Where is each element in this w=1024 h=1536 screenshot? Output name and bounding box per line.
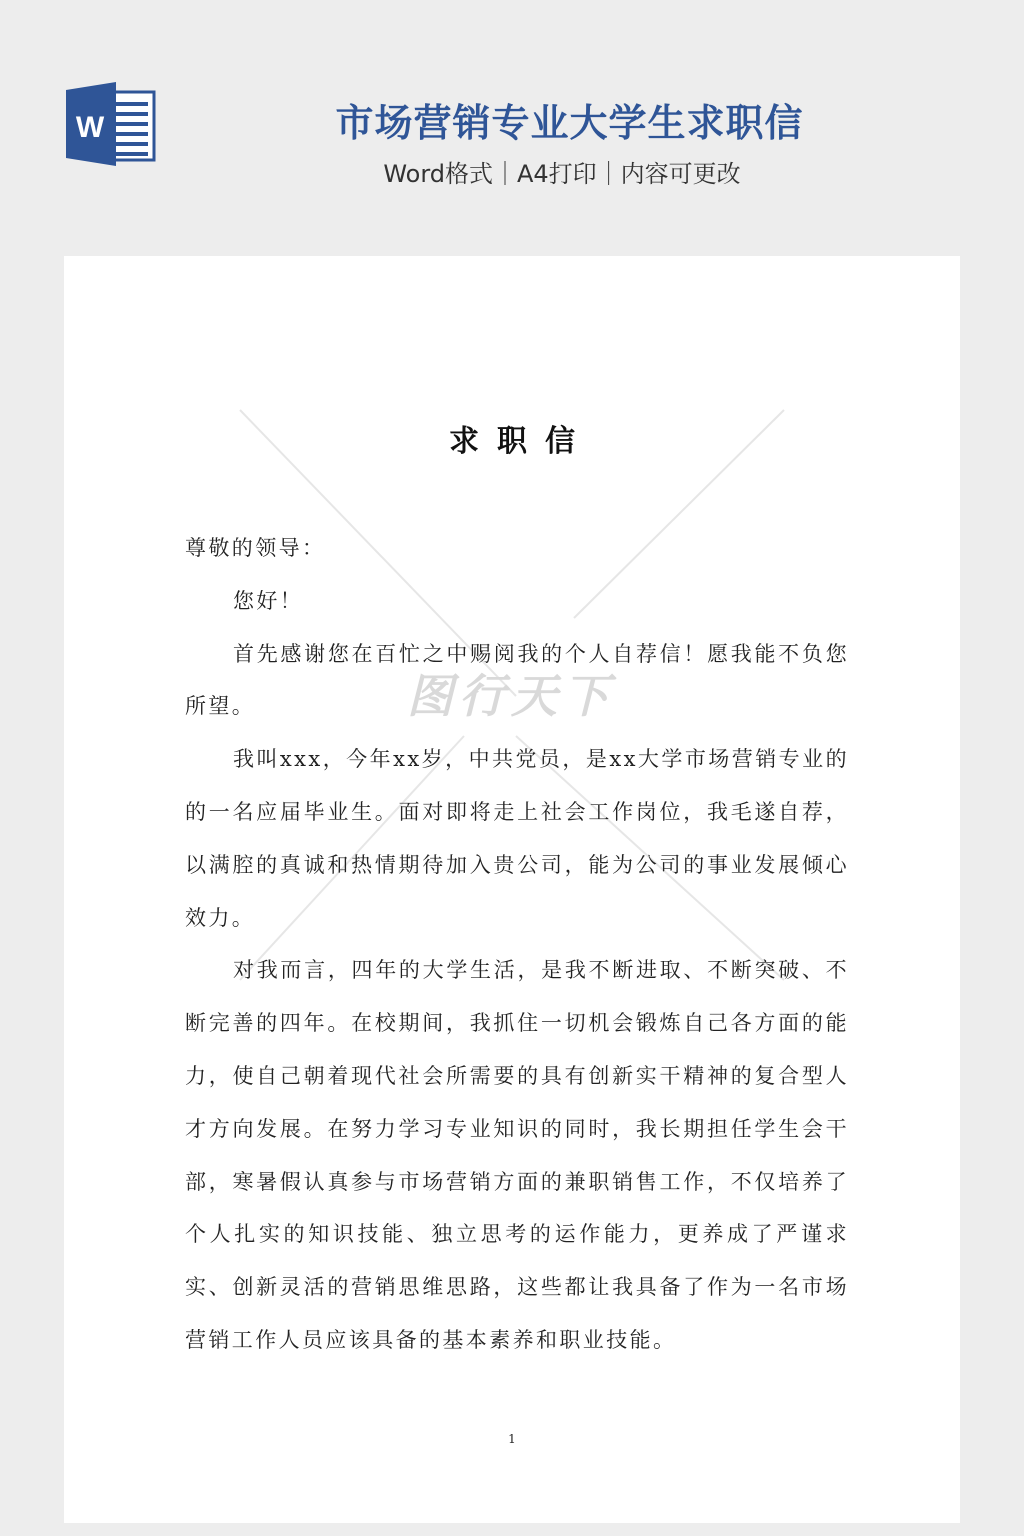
header-title: 市场营销专业大学生求职信 bbox=[0, 92, 1024, 147]
salutation: 尊敬的领导： bbox=[185, 522, 849, 575]
document-title: 求职信 bbox=[64, 416, 960, 460]
header-subtitle: Word格式｜A4打印｜内容可更改 bbox=[0, 154, 1024, 189]
paragraph: 首先感谢您在百忙之中赐阅我的个人自荐信！愿我能不负您所望。 bbox=[185, 628, 849, 734]
paragraph: 我叫xxx，今年xx岁，中共党员，是xx大学市场营销专业的的一名应届毕业生。面对… bbox=[185, 733, 849, 944]
letter-body: 尊敬的领导： 您好！ 首先感谢您在百忙之中赐阅我的个人自荐信！愿我能不负您所望。… bbox=[185, 522, 849, 1367]
document-page: 图行天下 求职信 尊敬的领导： 您好！ 首先感谢您在百忙之中赐阅我的个人自荐信！… bbox=[64, 256, 960, 1523]
page-number: 1 bbox=[64, 1432, 960, 1446]
paragraph: 您好！ bbox=[185, 575, 849, 628]
paragraph: 对我而言，四年的大学生活，是我不断进取、不断突破、不断完善的四年。在校期间，我抓… bbox=[185, 944, 849, 1366]
